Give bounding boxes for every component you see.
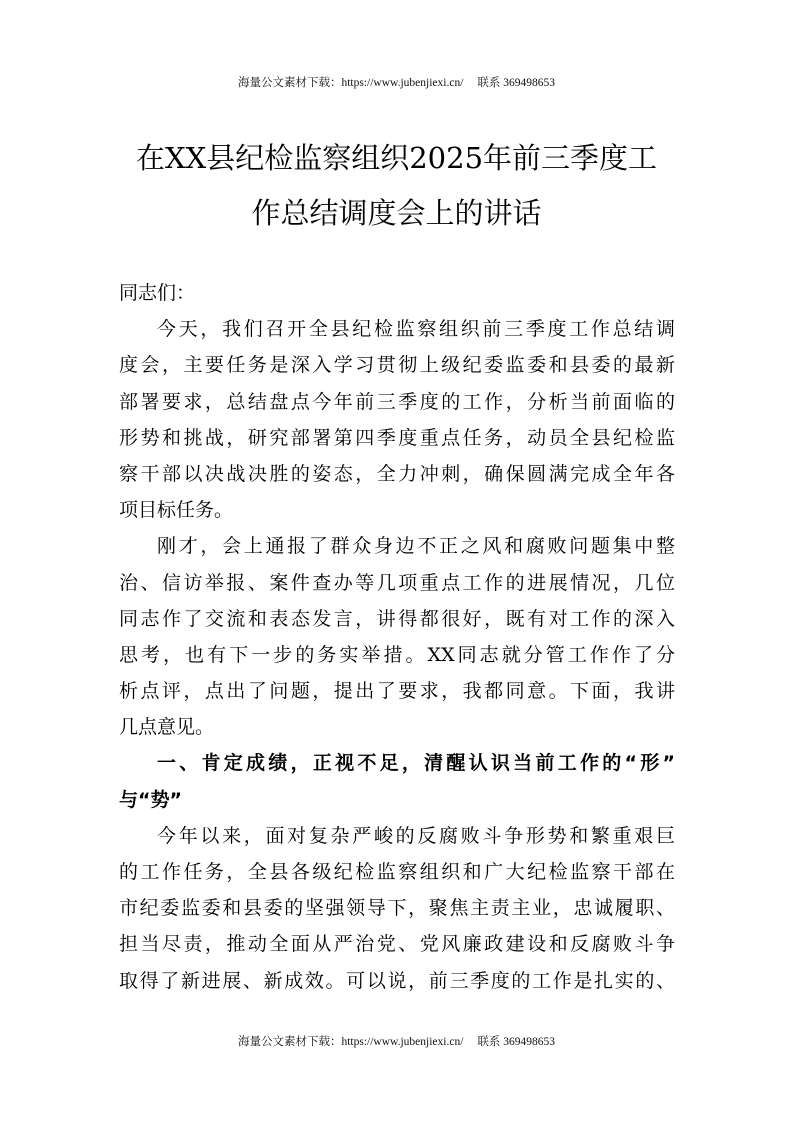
watermark-contact: 联系 369498653	[477, 77, 555, 89]
paragraph-line: 形势和挑战，研究部署第四季度重点任务，动员全县纪检监	[119, 420, 675, 456]
paragraph-line: 市纪委监委和县委的坚强领导下，聚焦主责主业，忠诚履职、	[119, 890, 675, 926]
header-watermark: 海量公文素材下载：https://www.jubenjiexi.cn/联系 36…	[0, 74, 793, 90]
paragraph-1: 今天，我们召开全县纪检监察组织前三季度工作总结调 度会，主要任务是深入学习贯彻上…	[119, 311, 675, 528]
paragraph-line: 的工作任务，全县各级纪检监察组织和广大纪检监察干部在	[119, 854, 675, 890]
paragraph-line: 同志作了交流和表态发言，讲得都很好，既有对工作的深入	[119, 601, 675, 637]
paragraph-line: 部署要求，总结盘点今年前三季度的工作，分析当前面临的	[119, 384, 675, 420]
section-heading-line: 与“势”	[119, 782, 675, 818]
paragraph-line: 项目标任务。	[119, 492, 675, 528]
watermark-download-text: 海量公文素材下载：https://www.jubenjiexi.cn/	[238, 1036, 463, 1048]
paragraph-line: 取得了新进展、新成效。可以说，前三季度的工作是扎实的、	[119, 963, 675, 999]
salutation: 同志们：	[119, 275, 675, 311]
footer-watermark: 海量公文素材下载：https://www.jubenjiexi.cn/联系 36…	[0, 1033, 793, 1049]
paragraph-line: 今年以来，面对复杂严峻的反腐败斗争形势和繁重艰巨	[119, 818, 675, 854]
paragraph-line: 思考，也有下一步的务实举措。XX同志就分管工作作了分	[119, 637, 675, 673]
watermark-contact: 联系 369498653	[477, 1036, 555, 1048]
paragraph-line: 治、信访举报、案件查办等几项重点工作的进展情况，几位	[119, 565, 675, 601]
paragraph-line: 担当尽责，推动全面从严治党、党风廉政建设和反腐败斗争	[119, 926, 675, 962]
document-body: 同志们： 今天，我们召开全县纪检监察组织前三季度工作总结调 度会，主要任务是深入…	[119, 275, 675, 999]
paragraph-line: 几点意见。	[119, 709, 675, 745]
document-title-line-1: 在XX县纪检监察组织2025年前三季度工	[0, 136, 793, 177]
paragraph-3: 今年以来，面对复杂严峻的反腐败斗争形势和繁重艰巨 的工作任务，全县各级纪检监察组…	[119, 818, 675, 999]
section-heading-1: 一、肯定成绩，正视不足，清醒认识当前工作的“形” 与“势”	[119, 745, 675, 817]
paragraph-line: 度会，主要任务是深入学习贯彻上级纪委监委和县委的最新	[119, 347, 675, 383]
paragraph-line: 刚才，会上通报了群众身边不正之风和腐败问题集中整	[119, 528, 675, 564]
paragraph-line: 察干部以决战决胜的姿态，全力冲刺，确保圆满完成全年各	[119, 456, 675, 492]
paragraph-line: 今天，我们召开全县纪检监察组织前三季度工作总结调	[119, 311, 675, 347]
document-title-line-2: 作总结调度会上的讲话	[0, 191, 793, 232]
paragraph-2: 刚才，会上通报了群众身边不正之风和腐败问题集中整 治、信访举报、案件查办等几项重…	[119, 528, 675, 745]
paragraph-line: 析点评，点出了问题，提出了要求，我都同意。下面，我讲	[119, 673, 675, 709]
watermark-download-text: 海量公文素材下载：https://www.jubenjiexi.cn/	[238, 77, 463, 89]
section-heading-line: 一、肯定成绩，正视不足，清醒认识当前工作的“形”	[119, 745, 675, 781]
